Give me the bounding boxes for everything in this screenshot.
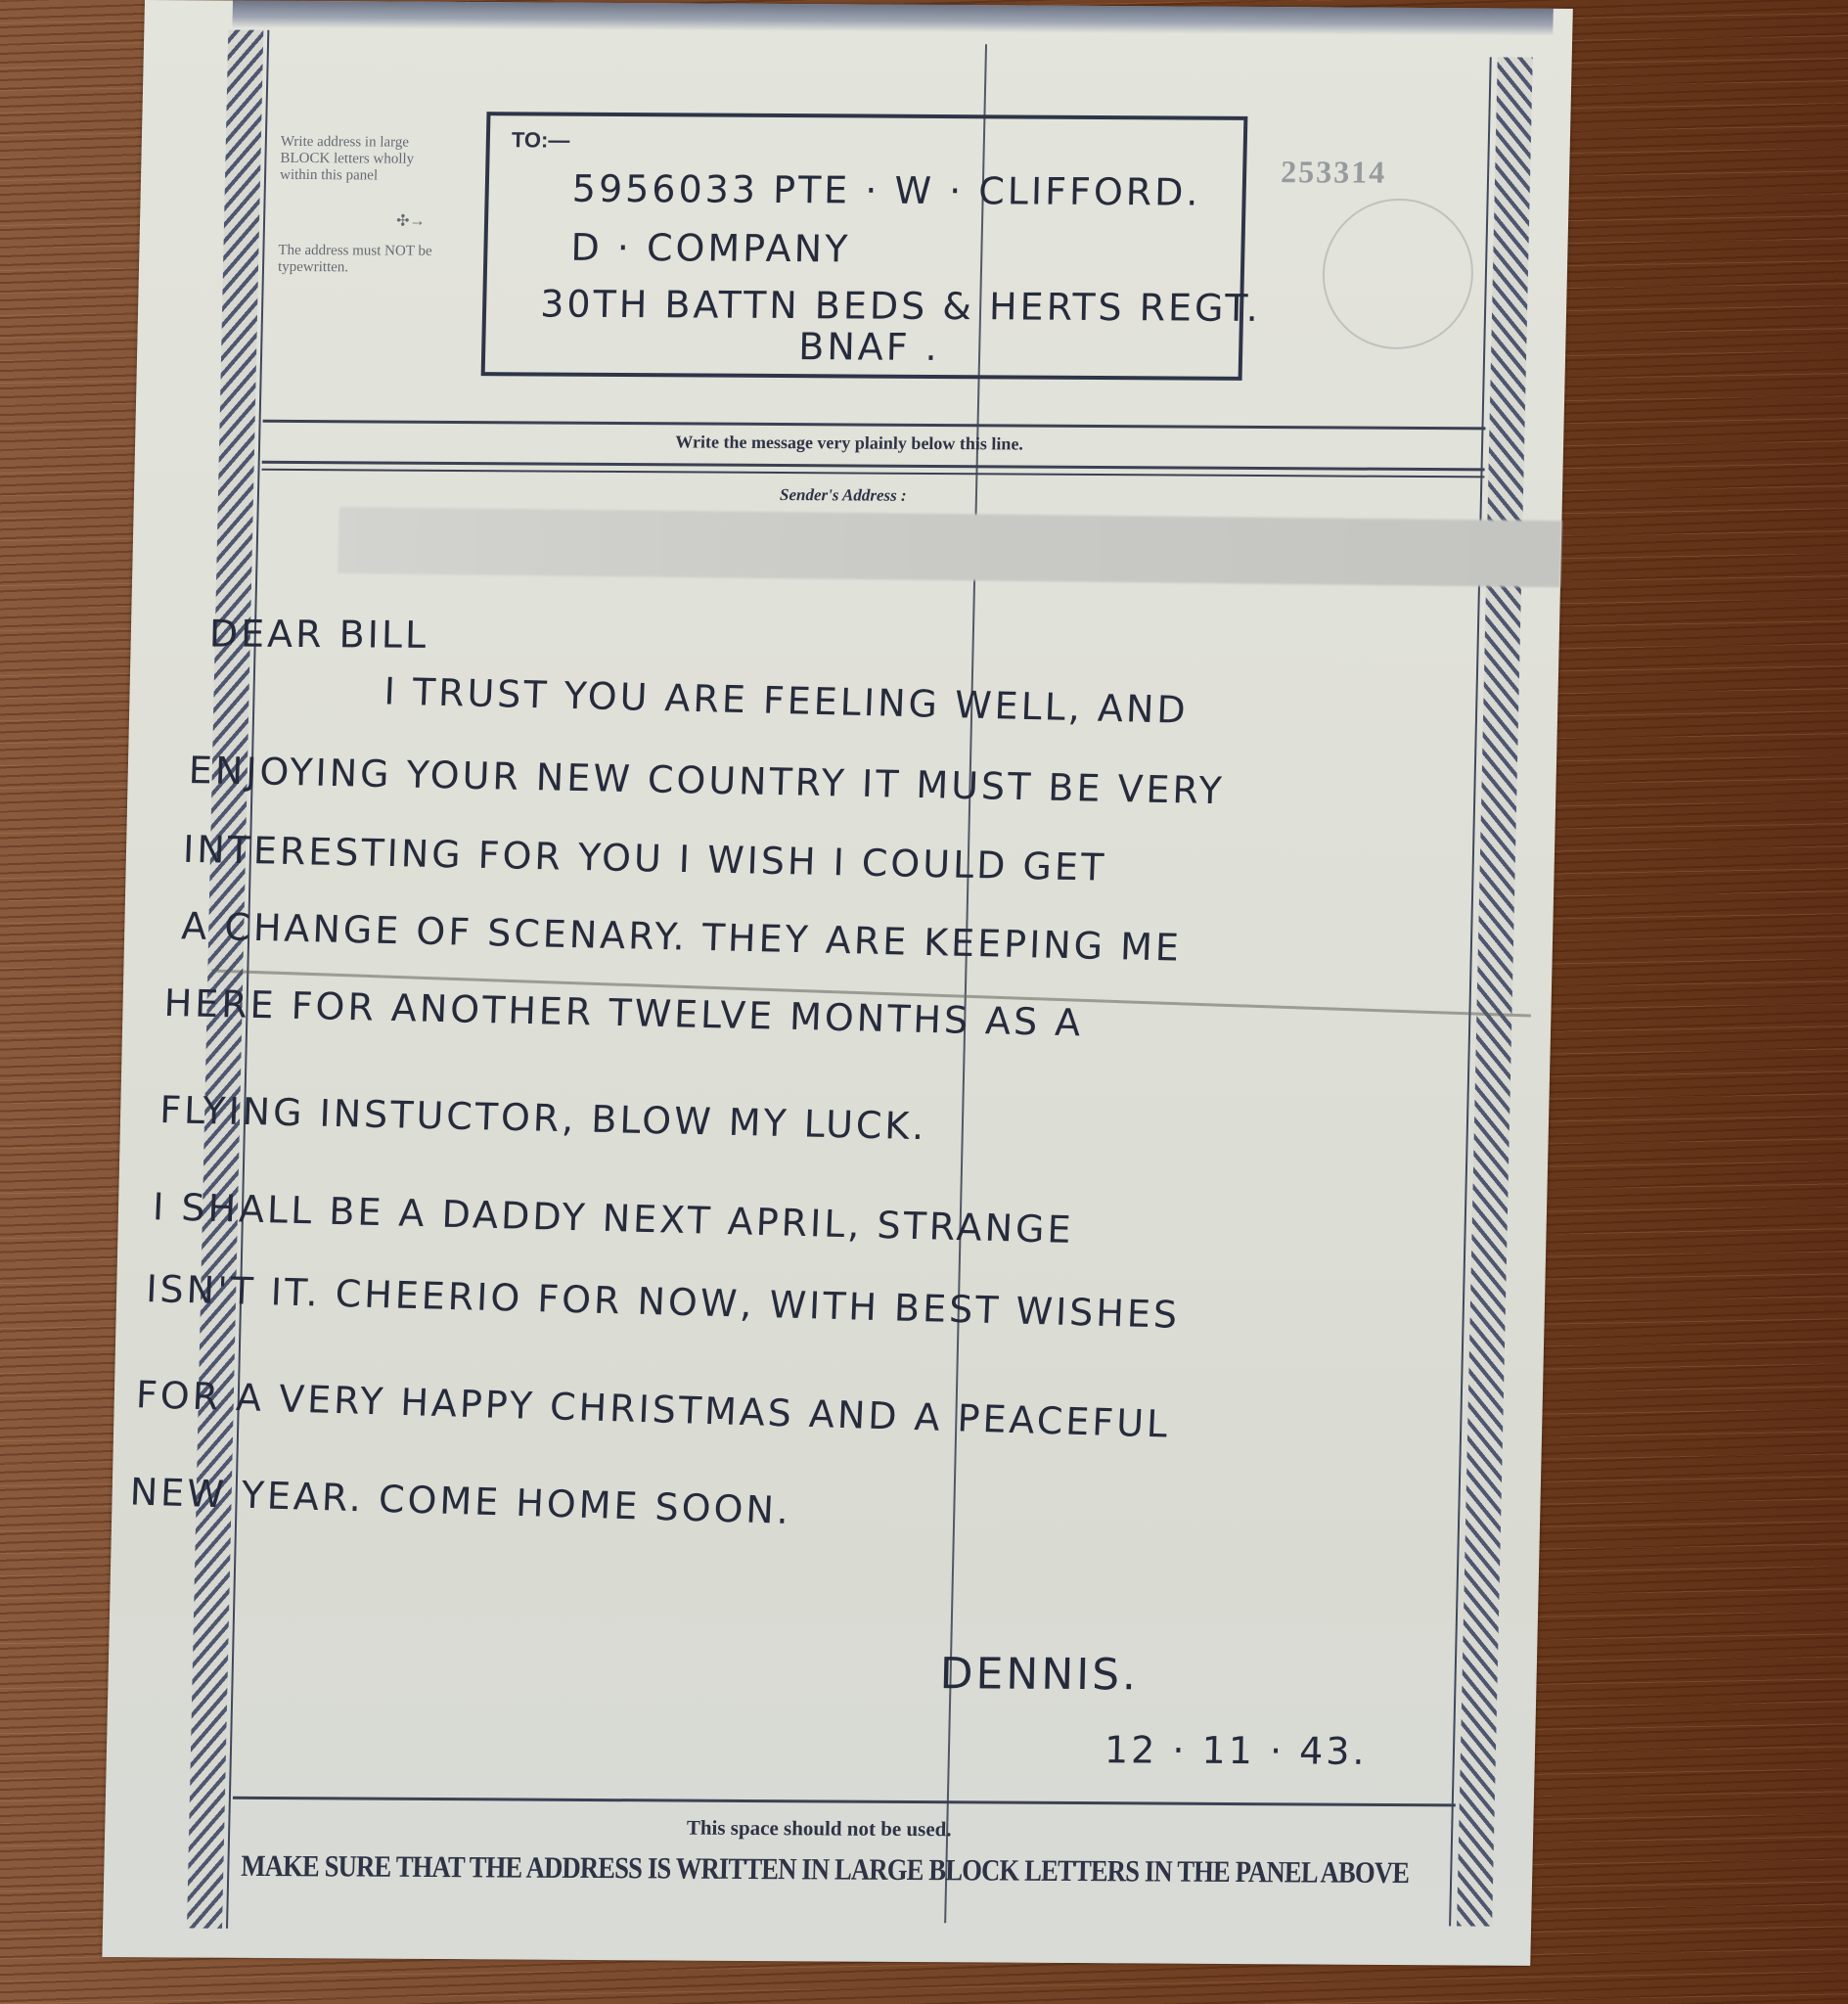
postmark-circle	[1321, 198, 1474, 349]
rule-footer	[233, 1797, 1456, 1807]
to-label: TO:—	[512, 127, 570, 153]
letter-line: ISN'T IT. CHEERIO FOR NOW, WITH BEST WIS…	[145, 1267, 1180, 1337]
letter-line: HERE FOR ANOTHER TWELVE MONTHS AS A	[163, 981, 1084, 1044]
address-panel: TO:— 5956033 PTE · W · CLIFFORD. D · COM…	[481, 112, 1248, 381]
serial-number: 253314	[1281, 154, 1387, 191]
address-line-1: 5956033 PTE · W · CLIFFORD.	[571, 167, 1201, 214]
arrow-right-icon: ✣→	[396, 213, 426, 230]
write-plainly-instruction: Write the message very plainly below thi…	[135, 429, 1563, 458]
letter-line: A CHANGE OF SCENARY. THEY ARE KEEPING ME	[181, 904, 1183, 969]
address-line-4: BNAF .	[798, 325, 940, 369]
address-line-2: D · COMPANY	[570, 226, 851, 271]
address-line-3: 30TH BATTN BEDS & HERTS REGT.	[540, 283, 1262, 330]
instructions-panel-text: Write address in large BLOCK letters who…	[280, 134, 447, 185]
left-hatched-border	[187, 30, 263, 1929]
address-instructions: Write address in large BLOCK letters who…	[278, 134, 447, 277]
letter-signature: DENNIS.	[939, 1649, 1139, 1700]
sheet-top-shadow	[232, 1, 1553, 36]
footer-space-note: This space should not be used.	[105, 1812, 1533, 1845]
right-hatched-border	[1457, 57, 1533, 1926]
footer-warning: MAKE SURE THAT THE ADDRESS IS WRITTEN IN…	[241, 1848, 1409, 1890]
letter-line: I TRUST YOU ARE FEELING WELL, AND	[383, 669, 1190, 731]
letter-line: FLYING INSTUCTOR, BLOW MY LUCK.	[158, 1088, 927, 1148]
letter-line: ENJOYING YOUR NEW COUNTRY IT MUST BE VER…	[188, 749, 1225, 812]
rule-above-message-line	[263, 420, 1486, 431]
letter-line: FOR A VERY HAPPY CHRISTMAS AND A PEACEFU…	[135, 1373, 1171, 1445]
redacted-sender-address	[338, 507, 1562, 587]
letter-salutation: DEAR BILL	[208, 612, 428, 656]
letter-line: I SHALL BE A DADDY NEXT APRIL, STRANGE	[152, 1185, 1074, 1252]
airgraph-letter-sheet: Write address in large BLOCK letters who…	[102, 0, 1572, 1966]
sender-address-label: Sender's Address :	[780, 485, 907, 506]
letter-date: 12 · 11 · 43.	[1104, 1728, 1369, 1773]
instructions-typewritten-note: The address must NOT be typewritten.	[278, 243, 445, 277]
